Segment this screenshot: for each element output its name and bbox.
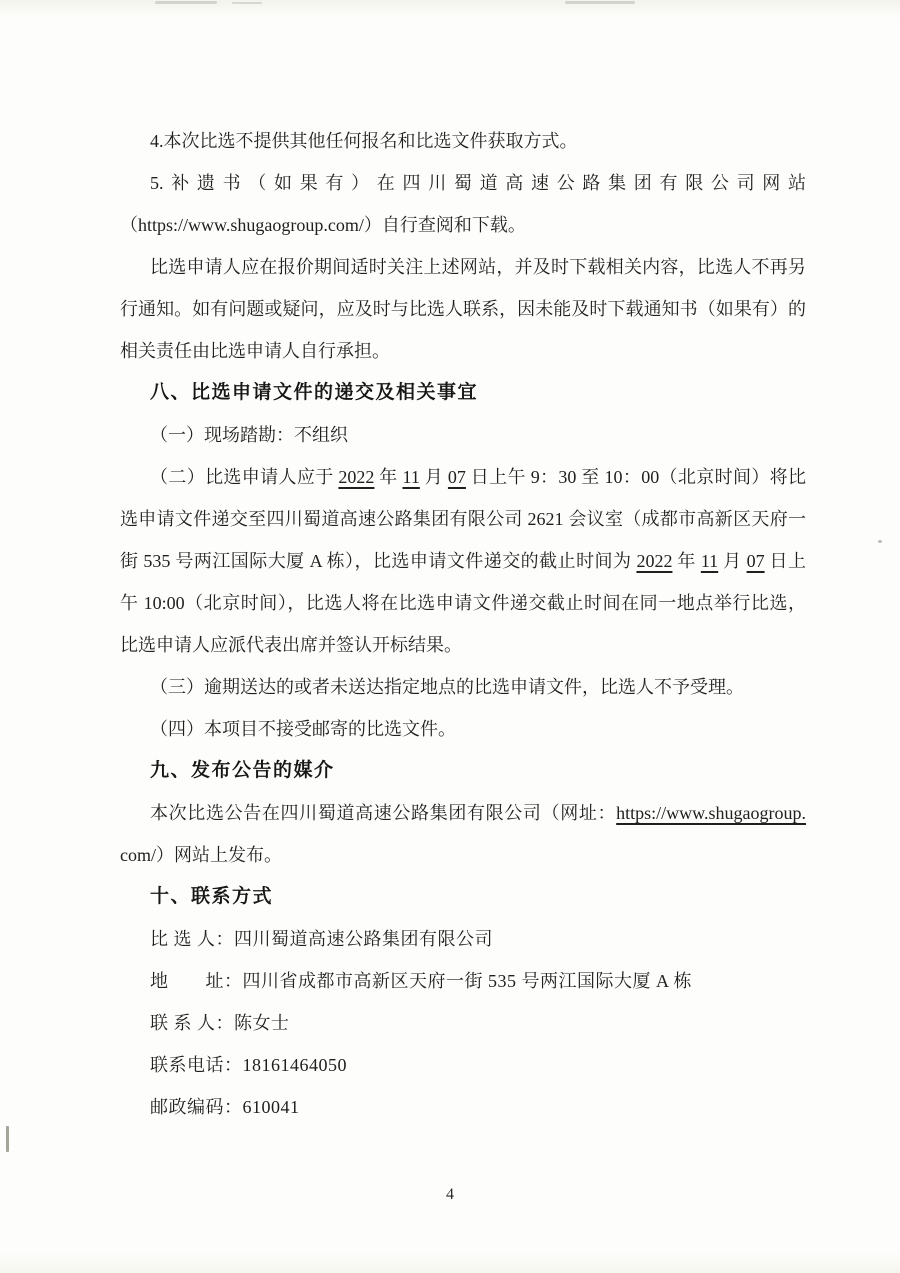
item-8-1: （一）现场踏勘：不组织: [120, 414, 806, 456]
text-segment: 比选申请人应在报价期间适时关注上述网站，并及时下载相关内容，比选人不再另: [150, 257, 806, 277]
text-segment: 日上午 9：30 至 10：00（北京时间）将比: [466, 467, 806, 487]
scan-speck: [878, 540, 882, 543]
text-segment: 行通知。如有问题或疑问，应及时与比选人联系，因未能及时下载通知书（如果有）的: [120, 299, 806, 319]
para-5-line-1: 5.补遗书（如果有）在四川蜀道高速公路集团有限公司网站: [120, 162, 806, 204]
contact-value: 18161464050: [243, 1055, 348, 1075]
contact-value: 610041: [243, 1097, 300, 1117]
text-segment: 日上: [765, 551, 806, 571]
contact-label: 邮政编码：: [150, 1097, 243, 1117]
url-text: https://www.shugaogroup.: [616, 803, 806, 823]
deadline-day: 07: [747, 551, 765, 571]
section-heading-10: 十、联系方式: [120, 876, 806, 918]
text-segment: 十、联系方式: [150, 886, 273, 907]
submission-day: 07: [448, 467, 466, 487]
text-segment: 八、比选申请文件的递交及相关事宜: [150, 382, 478, 403]
contact-label: 比 选 人：: [150, 929, 234, 949]
contact-person: 联 系 人：陈女士: [120, 1002, 806, 1044]
item-8-2-line-2: 选申请文件递交至四川蜀道高速公路集团有限公司 2621 会议室（成都市高新区天府…: [120, 498, 806, 540]
item-8-4: （四）本项目不接受邮寄的比选文件。: [120, 708, 806, 750]
scan-edge-mark: [6, 1126, 9, 1152]
para-9-line-2: com/）网站上发布。: [120, 834, 806, 876]
text-segment: 相关责任由比选申请人自行承担。: [120, 341, 390, 361]
section-heading-8: 八、比选申请文件的递交及相关事宜: [120, 372, 806, 414]
contact-value: 陈女士: [234, 1013, 290, 1033]
para-6-line-2: 行通知。如有问题或疑问，应及时与比选人联系，因未能及时下载通知书（如果有）的: [120, 288, 806, 330]
document-body: 4.本次比选不提供其他任何报名和比选文件获取方式。5.补遗书（如果有）在四川蜀道…: [120, 120, 806, 1128]
scan-smudge: [565, 1, 635, 4]
contact-label: 地 址：: [150, 971, 243, 991]
contact-address: 地 址：四川省成都市高新区天府一街 535 号两江国际大厦 A 栋: [120, 960, 806, 1002]
text-segment: 午 10:00（北京时间），比选人将在比选申请文件递交截止时间在同一地点举行比选…: [120, 593, 806, 613]
para-4: 4.本次比选不提供其他任何报名和比选文件获取方式。: [120, 120, 806, 162]
deadline-year: 2022: [636, 551, 672, 571]
para-9-line-1: 本次比选公告在四川蜀道高速公路集团有限公司（网址：https://www.shu…: [120, 792, 806, 834]
url-text: （https://www.shugaogroup.com/）自行查阅和下载。: [120, 215, 526, 235]
text-segment: 4.本次比选不提供其他任何报名和比选文件获取方式。: [150, 131, 578, 151]
url-text-continuation: com/）网站上发布。: [120, 845, 282, 865]
scan-smudge: [155, 1, 217, 4]
text-segment: 月: [718, 551, 746, 571]
scan-smudge: [232, 2, 262, 4]
contact-value: 四川省成都市高新区天府一街 535 号两江国际大厦 A 栋: [243, 971, 693, 991]
contact-phone: 联系电话：18161464050: [120, 1044, 806, 1086]
text-segment: （四）本项目不接受邮寄的比选文件。: [150, 719, 456, 739]
submission-month: 11: [403, 467, 420, 487]
contact-postcode: 邮政编码：610041: [120, 1086, 806, 1128]
text-segment: 街 535 号两江国际大厦 A 栋），比选申请文件递交的截止时间为: [120, 551, 636, 571]
contact-label: 联 系 人：: [150, 1013, 234, 1033]
text-segment: （二）比选申请人应于: [150, 467, 338, 487]
text-segment: 本次比选公告在四川蜀道高速公路集团有限公司（网址：: [150, 803, 616, 823]
item-8-2-line-5: 比选申请人应派代表出席并签认开标结果。: [120, 624, 806, 666]
text-segment: 九、发布公告的媒介: [150, 760, 335, 781]
item-8-2-line-4: 午 10:00（北京时间），比选人将在比选申请文件递交截止时间在同一地点举行比选…: [120, 582, 806, 624]
contact-selector: 比 选 人：四川蜀道高速公路集团有限公司: [120, 918, 806, 960]
text-segment: 年: [374, 467, 402, 487]
section-heading-9: 九、发布公告的媒介: [120, 750, 806, 792]
para-6-line-1: 比选申请人应在报价期间适时关注上述网站，并及时下载相关内容，比选人不再另: [120, 246, 806, 288]
page-number: 4: [0, 1186, 900, 1204]
submission-year: 2022: [338, 467, 374, 487]
item-8-3: （三）逾期送达的或者未送达指定地点的比选申请文件，比选人不予受理。: [120, 666, 806, 708]
para-6-line-3: 相关责任由比选申请人自行承担。: [120, 330, 806, 372]
para-5-line-2: （https://www.shugaogroup.com/）自行查阅和下载。: [120, 204, 806, 246]
text-segment: 5.补遗书（如果有）在四川蜀道高速公路集团有限公司网站: [150, 173, 806, 193]
text-segment: 选申请文件递交至四川蜀道高速公路集团有限公司 2621 会议室（成都市高新区天府…: [120, 509, 806, 529]
text-segment: 月: [420, 467, 448, 487]
text-segment: （一）现场踏勘：不组织: [150, 425, 348, 445]
contact-label: 联系电话：: [150, 1055, 243, 1075]
item-8-2-line-1: （二）比选申请人应于 2022 年 11 月 07 日上午 9：30 至 10：…: [120, 456, 806, 498]
item-8-2-line-3: 街 535 号两江国际大厦 A 栋），比选申请文件递交的截止时间为 2022 年…: [120, 540, 806, 582]
contact-value: 四川蜀道高速公路集团有限公司: [234, 929, 493, 949]
text-segment: 年: [672, 551, 700, 571]
scanned-document-page: 4.本次比选不提供其他任何报名和比选文件获取方式。5.补遗书（如果有）在四川蜀道…: [0, 0, 900, 1273]
text-segment: 比选申请人应派代表出席并签认开标结果。: [120, 635, 462, 655]
text-segment: （三）逾期送达的或者未送达指定地点的比选申请文件，比选人不予受理。: [150, 677, 744, 697]
deadline-month: 11: [701, 551, 718, 571]
